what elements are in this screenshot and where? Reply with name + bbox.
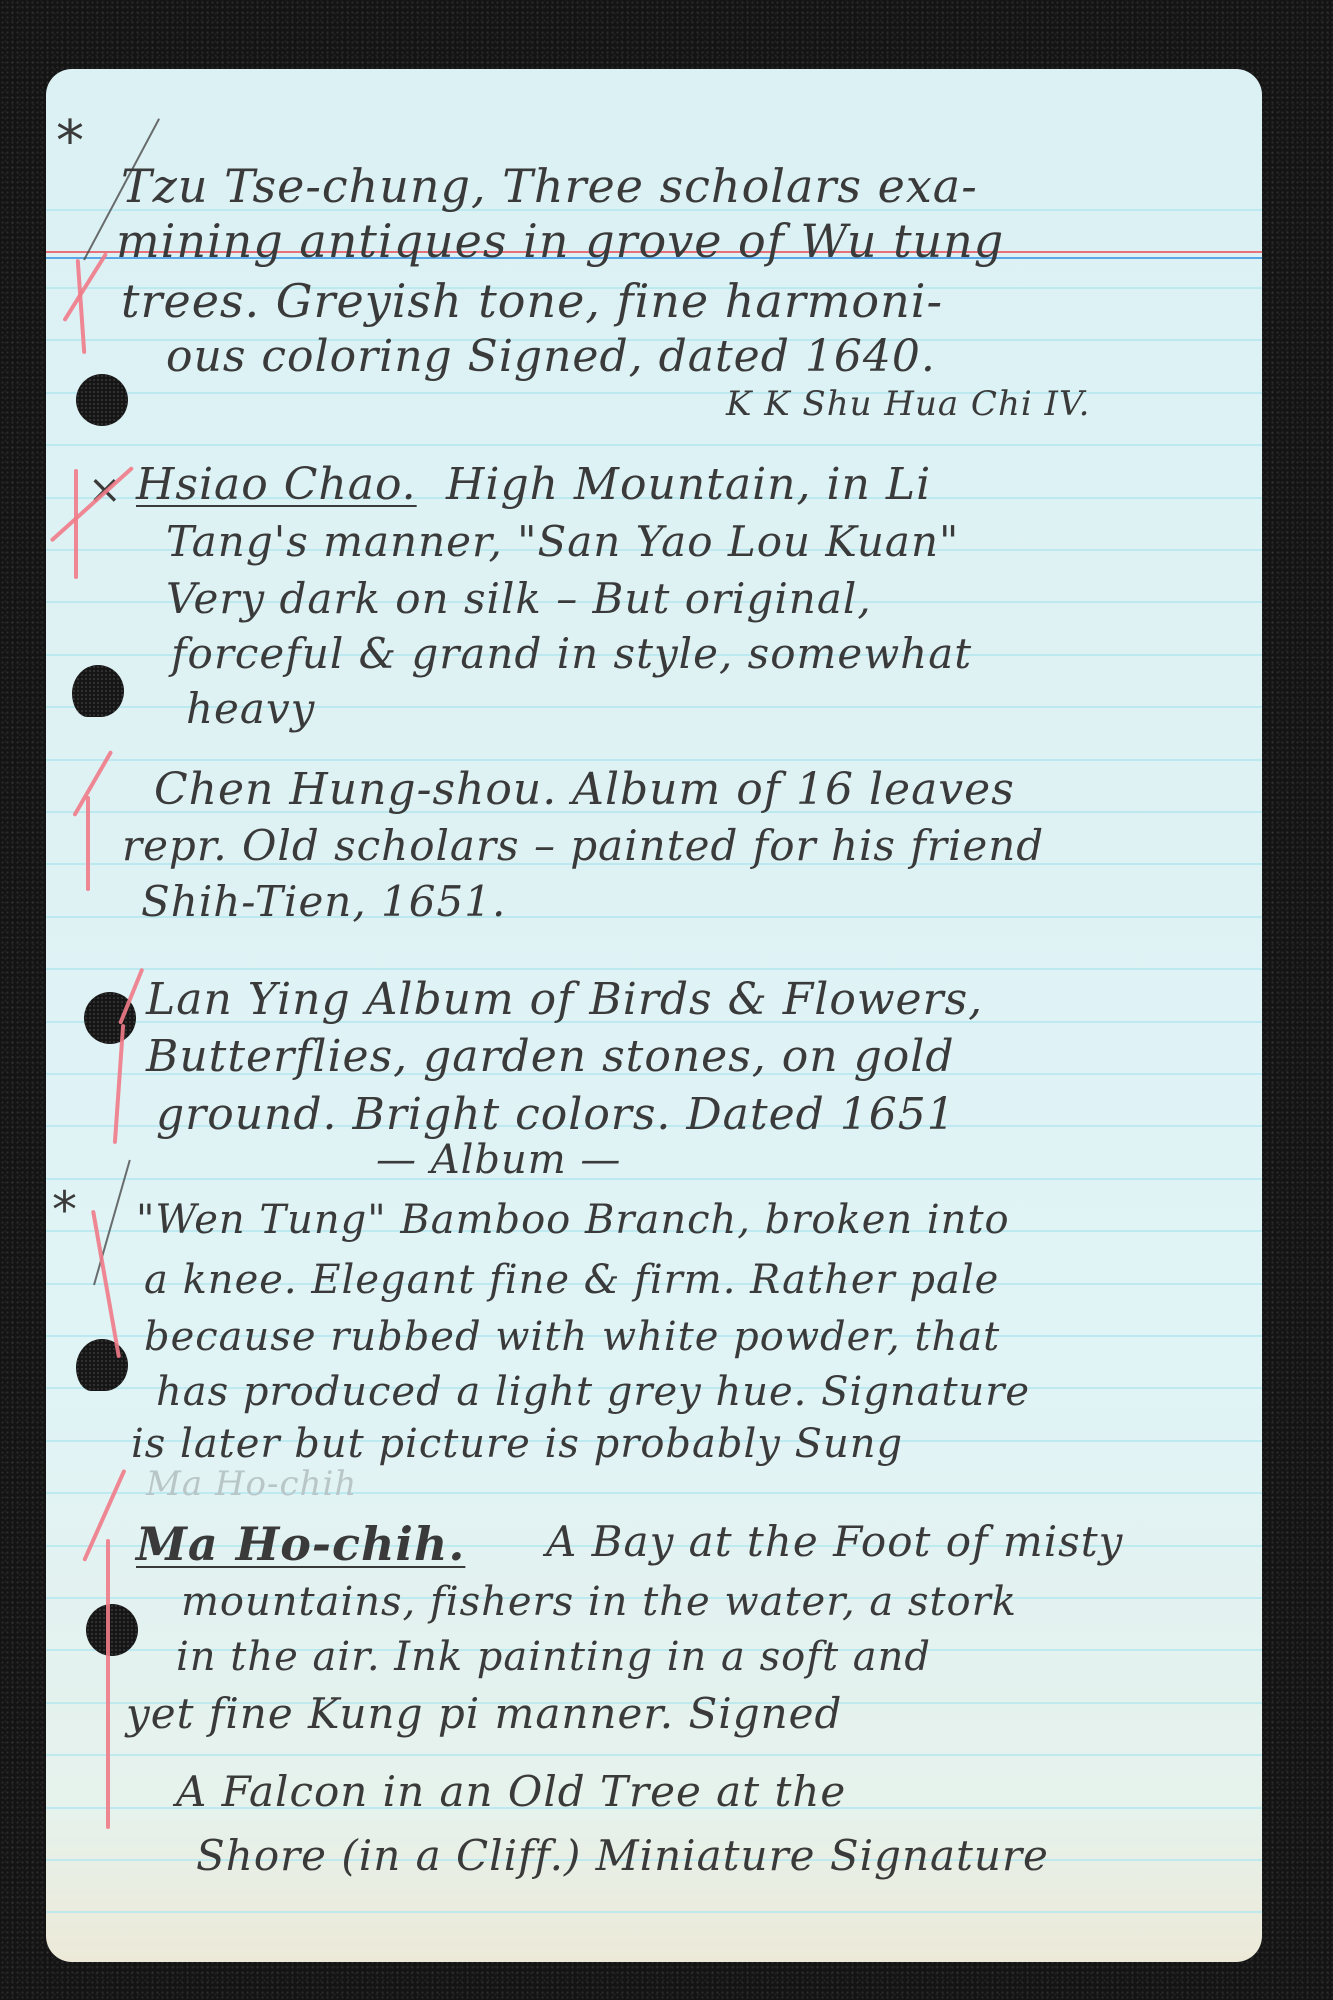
red-check-icon bbox=[86, 796, 90, 891]
entry-6-line-1: A Bay at the Foot of misty bbox=[546, 1517, 1123, 1566]
entry-6-line-4: yet fine Kung pi manner. Signed bbox=[126, 1689, 842, 1738]
entry-2-heading: Hsiao Chao. bbox=[136, 459, 417, 510]
ruled-line bbox=[46, 1754, 1262, 1756]
entry-1-line-3: trees. Greyish tone, fine harmoni- bbox=[121, 274, 943, 328]
red-check-icon bbox=[74, 469, 78, 579]
ruled-line bbox=[46, 1911, 1262, 1913]
entry-6-heading: Ma Ho-chih. bbox=[136, 1517, 465, 1571]
entry-3-line-1: Chen Hung-shou. Album of 16 leaves bbox=[154, 764, 1015, 815]
punch-hole bbox=[76, 374, 128, 426]
ruled-line bbox=[46, 968, 1262, 970]
entry-4-line-1: Lan Ying Album of Birds & Flowers, bbox=[146, 974, 983, 1025]
punch-hole bbox=[86, 1604, 138, 1656]
entry-5-line-3: because rubbed with white powder, that bbox=[144, 1314, 1000, 1360]
entry-5-line-4: has produced a light grey hue. Signature bbox=[156, 1369, 1030, 1415]
entry-2-line-5: heavy bbox=[186, 684, 315, 733]
album-section-header: — Album — bbox=[376, 1137, 621, 1183]
entry-6-line-6: Shore (in a Cliff.) Miniature Signature bbox=[196, 1831, 1049, 1880]
star-mark-icon: * bbox=[52, 1181, 77, 1239]
punch-hole-torn bbox=[76, 1339, 128, 1391]
entry-3-line-2: repr. Old scholars – painted for his fri… bbox=[122, 821, 1044, 870]
entry-2-line-3: Very dark on silk – But original, bbox=[166, 574, 872, 623]
entry-3-line-3: Shih-Tien, 1651. bbox=[141, 877, 506, 926]
entry-6-line-3: in the air. Ink painting in a soft and bbox=[176, 1634, 931, 1680]
entry-5-line-1: "Wen Tung" Bamboo Branch, broken into bbox=[136, 1197, 1010, 1243]
ruled-line bbox=[46, 444, 1262, 446]
star-mark-icon: * bbox=[56, 109, 84, 174]
entry-4-line-3: ground. Bright colors. Dated 1651 bbox=[156, 1089, 956, 1140]
entry-6-line-5: A Falcon in an Old Tree at the bbox=[176, 1767, 846, 1816]
ruled-line bbox=[46, 759, 1262, 761]
entry-2-line-4: forceful & grand in style, somewhat bbox=[171, 629, 972, 678]
note-card: * × * Tzu Tse-chung, Three scholars exa-… bbox=[46, 69, 1262, 1962]
entry-6-line-2: mountains, fishers in the water, a stork bbox=[181, 1579, 1017, 1625]
entry-1-reference: K K Shu Hua Chi IV. bbox=[726, 384, 1090, 424]
entry-2-line-2: Tang's manner, "San Yao Lou Kuan" bbox=[166, 517, 959, 566]
entry-5-line-2: a knee. Elegant fine & firm. Rather pale bbox=[144, 1257, 999, 1303]
entry-1-line-4: ous coloring Signed, dated 1640. bbox=[166, 331, 936, 382]
punch-hole-torn bbox=[72, 665, 124, 717]
red-check-icon bbox=[82, 1469, 126, 1562]
ruled-line bbox=[46, 1178, 1262, 1180]
entry-2-line-1: High Mountain, in Li bbox=[446, 459, 931, 510]
entry-5-line-5: is later but picture is probably Sung bbox=[131, 1421, 903, 1467]
entry-4-line-2: Butterflies, garden stones, on gold bbox=[146, 1031, 954, 1082]
entry-1-line-1: Tzu Tse-chung, Three scholars exa- bbox=[121, 159, 978, 213]
entry-1-line-2: mining antiques in grove of Wu tung bbox=[116, 214, 1004, 268]
red-check-icon bbox=[106, 1539, 110, 1829]
erased-text: Ma Ho-chih bbox=[146, 1464, 357, 1504]
